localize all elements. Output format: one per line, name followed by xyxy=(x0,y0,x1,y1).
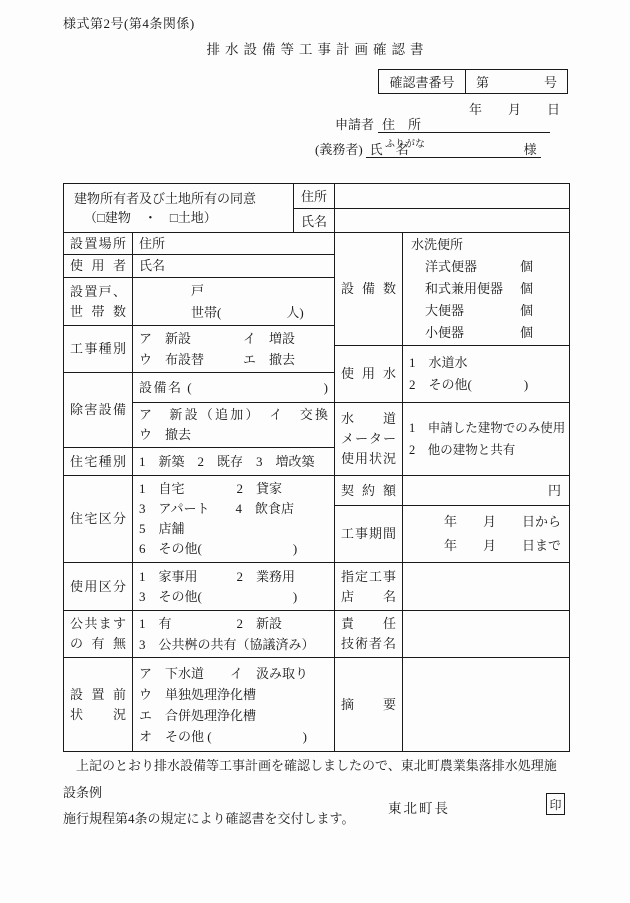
label-fixture-count: 設備数 xyxy=(335,233,403,345)
row-water-meter-usage: 水道 メーター 使用状況 1 申請した建物でのみ使用 2 他の建物と共有 xyxy=(335,403,569,476)
row-housing-category: 住宅区分 1 自宅 2 貸家 3 アパート 4 飲食店 5 店舗 6 その他( … xyxy=(64,476,334,563)
obligor-label: (義務者) xyxy=(315,139,363,158)
row-installation-place: 設置場所 住所 xyxy=(64,233,334,255)
content-responsible-technician-name xyxy=(403,611,569,657)
label-household-count: 設置戸、 世帯数 xyxy=(64,278,133,325)
consent-address-label: 住所 xyxy=(294,184,335,208)
label-designated-contractor-name: 指定工事 店名 xyxy=(335,563,403,610)
content-housing-type: 1 新築 2 既存 3 増改築 xyxy=(133,448,334,475)
row-housing-type: 住宅種別 1 新築 2 既存 3 増改築 xyxy=(64,448,334,476)
content-pre-installation-status: ア 下水道 イ 汲み取り ウ 単独処理浄化槽 エ 合併処理浄化槽 オ その他 (… xyxy=(133,658,334,751)
content-installation-place: 住所 xyxy=(133,233,334,254)
content-use-category: 1 家事用 2 業務用 3 その他( ) xyxy=(133,563,334,610)
row-construction-period: 工事期間 年 月 日から 年 月 日まで xyxy=(335,506,569,563)
confirmation-statement-line2: 施行規程第4条の規定により確認書を交付します。 xyxy=(63,806,569,833)
label-housing-type: 住宅種別 xyxy=(64,448,133,475)
fixture-unit: 個 xyxy=(520,278,533,300)
seal-box: 印 xyxy=(546,793,565,815)
confirmation-number-prefix: 第 xyxy=(476,72,489,91)
label-public-inlet: 公共ます の有無 xyxy=(64,611,133,657)
label-water-supply: 使用水 xyxy=(335,346,403,402)
confirmation-number-label: 確認書番号 xyxy=(379,70,466,93)
fixture-unit: 個 xyxy=(520,322,533,344)
content-remarks xyxy=(403,658,569,751)
content-pretreatment-equipment: 設備名 ( ) ア 新設（追加） イ 交換 ウ 撤去 xyxy=(133,373,334,447)
form-number: 様式第2号(第4条関係) xyxy=(63,13,195,32)
form-page: 様式第2号(第4条関係) 排水設備等工事計画確認書 確認書番号 第 号 年 月 … xyxy=(0,0,630,903)
label-user-name: 使用者 xyxy=(64,255,133,277)
confirmation-statement-line1: 上記のとおり排水設備等工事計画を確認しましたので、東北町農業集落排水処理施設条例 xyxy=(63,753,569,806)
consent-label-cell: 建物所有者及び土地所有の同意 （□建物 ・ □土地） xyxy=(64,184,294,232)
content-construction-type: ア 新設 イ 増設 ウ 布設替 エ 撤去 xyxy=(133,326,334,372)
row-designated-contractor-name: 指定工事 店名 xyxy=(335,563,569,611)
content-construction-period: 年 月 日から 年 月 日まで xyxy=(403,506,569,562)
label-installation-place: 設置場所 xyxy=(64,233,133,254)
consent-checkboxes: （□建物 ・ □土地） xyxy=(74,208,293,227)
fixture-item-japanese-combined: 和式兼用便器 個 xyxy=(409,278,569,300)
mayor-name: 東北町長 xyxy=(388,797,450,817)
label-pretreatment-equipment: 除害設備 xyxy=(64,373,133,447)
row-household-count: 設置戸、 世帯数 戸 世帯( 人) xyxy=(64,278,334,326)
label-construction-type: 工事種別 xyxy=(64,326,133,372)
fixture-unit: 個 xyxy=(520,256,533,278)
content-household-count: 戸 世帯( 人) xyxy=(133,278,334,325)
table-right-half: 設備数 水洗便所 洋式便器 個 和式兼用便器 個 大便器 xyxy=(335,233,569,751)
content-user-name: 氏名 xyxy=(133,255,334,277)
row-pre-installation-status: 設置前 状況 ア 下水道 イ 汲み取り ウ 単独処理浄化槽 エ 合併処理浄化槽 … xyxy=(64,658,334,751)
row-pretreatment-equipment: 除害設備 設備名 ( ) ア 新設（追加） イ 交換 ウ 撤去 xyxy=(64,373,334,448)
confirmation-number-value: 第 号 xyxy=(466,70,567,93)
label-construction-period: 工事期間 xyxy=(335,506,403,562)
consent-name-row: 氏名 xyxy=(294,209,569,233)
label-remarks: 摘要 xyxy=(335,658,403,751)
consent-line1: 建物所有者及び土地所有の同意 xyxy=(74,189,293,208)
table-left-half: 設置場所 住所 使用者 氏名 設置戸、 xyxy=(64,233,335,751)
row-water-supply: 使用水 1 水道水 2 その他( ) xyxy=(335,346,569,403)
pretreatment-equipment-name-cell: 設備名 ( ) xyxy=(133,373,334,403)
row-fixture-count: 設備数 水洗便所 洋式便器 個 和式兼用便器 個 大便器 xyxy=(335,233,569,346)
confirmation-number-box: 確認書番号 第 号 xyxy=(378,69,568,94)
confirmation-statement: 上記のとおり排水設備等工事計画を確認しましたので、東北町農業集落排水処理施設条例… xyxy=(63,753,569,833)
main-form-table: 建物所有者及び土地所有の同意 （□建物 ・ □土地） 住所 氏名 設置 xyxy=(63,183,570,752)
confirmation-number-suffix: 号 xyxy=(544,72,557,91)
row-public-inlet: 公共ます の有無 1 有 2 新設 3 公共桝の共有（協議済み） xyxy=(64,611,334,658)
consent-section: 建物所有者及び土地所有の同意 （□建物 ・ □土地） 住所 氏名 xyxy=(64,184,569,233)
pretreatment-equipment-options-cell: ア 新設（追加） イ 交換 ウ 撤去 xyxy=(133,403,334,447)
fixture-item-toilet: 大便器 個 xyxy=(409,300,569,322)
applicant-name-field: 氏 名 様 xyxy=(366,139,541,158)
row-construction-type: 工事種別 ア 新設 イ 増設 ウ 布設替 エ 撤去 xyxy=(64,326,334,373)
consent-address-value xyxy=(335,184,569,208)
label-use-category: 使用区分 xyxy=(64,563,133,610)
applicant-label: 申請者 xyxy=(335,114,374,133)
label-responsible-technician-name: 責任 技術者名 xyxy=(335,611,403,657)
honorific-label: 様 xyxy=(524,139,537,157)
consent-name-label: 氏名 xyxy=(294,209,335,233)
content-water-supply: 1 水道水 2 その他( ) xyxy=(403,346,569,402)
label-contract-amount: 契約額 xyxy=(335,476,403,505)
consent-address-row: 住所 xyxy=(294,184,569,209)
consent-name-value xyxy=(335,209,569,233)
applicant-address-row: 申請者 住 所 xyxy=(335,114,550,133)
content-water-meter-usage: 1 申請した建物でのみ使用 2 他の建物と共有 xyxy=(403,403,569,475)
form-title: 排水設備等工事計画確認書 xyxy=(0,38,630,58)
fixture-item-urinal: 小便器 個 xyxy=(409,322,569,344)
content-designated-contractor-name xyxy=(403,563,569,610)
label-housing-category: 住宅区分 xyxy=(64,476,133,562)
row-use-category: 使用区分 1 家事用 2 業務用 3 その他( ) xyxy=(64,563,334,611)
applicant-address-field: 住 所 xyxy=(378,114,550,133)
label-water-meter-usage: 水道 メーター 使用状況 xyxy=(335,403,403,475)
content-contract-amount: 円 xyxy=(403,476,569,505)
row-responsible-technician-name: 責任 技術者名 xyxy=(335,611,569,658)
name-label: 氏 名 xyxy=(370,139,409,157)
flush-toilet-heading: 水洗便所 xyxy=(409,234,569,256)
row-remarks: 摘要 xyxy=(335,658,569,751)
row-user-name: 使用者 氏名 xyxy=(64,255,334,278)
fixture-item-western: 洋式便器 個 xyxy=(409,256,569,278)
content-housing-category: 1 自宅 2 貸家 3 アパート 4 飲食店 5 店舗 6 その他( ) xyxy=(133,476,334,562)
fixture-unit: 個 xyxy=(520,300,533,322)
content-fixture-count: 水洗便所 洋式便器 個 和式兼用便器 個 大便器 個 xyxy=(403,233,569,345)
row-contract-amount: 契約額 円 xyxy=(335,476,569,506)
content-public-inlet: 1 有 2 新設 3 公共桝の共有（協議済み） xyxy=(133,611,334,657)
applicant-name-row: (義務者) 氏 名 様 xyxy=(315,139,541,158)
label-pre-installation-status: 設置前 状況 xyxy=(64,658,133,751)
